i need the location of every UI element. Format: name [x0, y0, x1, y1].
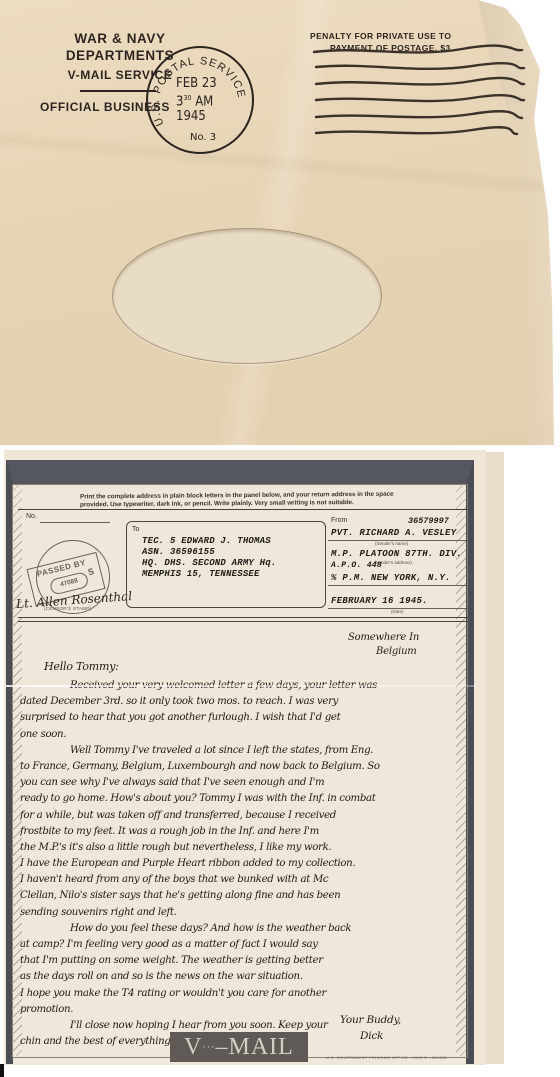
number-label: No.: [26, 513, 37, 520]
body-line: for a while, but was taken off and trans…: [20, 810, 460, 826]
recipient-line: TEC. 5 EDWARD J. THOMAS: [142, 536, 276, 547]
place-line-2: Belgium: [376, 646, 417, 657]
svg-text:No. 3: No. 3: [190, 132, 216, 143]
letter-body: Received your very welcomed letter a few…: [20, 680, 460, 1052]
postmark-datetime: FEB 23 330 AM 1945: [176, 76, 217, 124]
scan-edge: [0, 1064, 4, 1077]
body-line: frostbite to my feet. It was a rough job…: [20, 826, 460, 842]
to-label: To: [132, 526, 139, 533]
body-line: sending souvenirs right and left.: [20, 907, 460, 923]
form-instructions: Print the complete address in plain bloc…: [80, 491, 410, 510]
header-bottom-rule-2: [18, 621, 468, 622]
header-divider: [80, 90, 156, 92]
body-line: Well Tommy I've traveled a lot since I l…: [20, 745, 460, 761]
salutation: Hello Tommy:: [44, 660, 119, 673]
recipient-line: HQ. DHS. SECOND ARMY Hq.: [142, 558, 276, 569]
printing-office-imprint: U.S. GOVERNMENT PRINTING OFFICE : 1943 O…: [326, 1056, 447, 1060]
body-line: How do you feel these days? And how is t…: [20, 923, 460, 939]
body-line: surprised to hear that you got another f…: [20, 712, 460, 728]
body-line: the M.P.'s it's also a little rough but …: [20, 842, 460, 858]
header-bottom-rule: [18, 617, 468, 618]
postmark-stamp-icon: U.S. POSTAL SERVICE No. 3 FEB 23 330 AM …: [146, 46, 254, 154]
body-line: Clellan, Nilo's sister says that he's ge…: [20, 890, 460, 906]
body-line: Received your very welcomed letter a few…: [20, 680, 460, 696]
letter-paper-edge: [486, 452, 504, 1064]
from-label: From: [331, 517, 347, 524]
body-line: dated December 3rd. so it only took two …: [20, 696, 460, 712]
body-line: I hope you make the T4 rating or wouldn'…: [20, 988, 460, 1004]
body-line: I have the European and Purple Heart rib…: [20, 858, 460, 874]
sender-address-line3: % P.M. NEW YORK, N.Y.: [331, 573, 451, 583]
closing: Your Buddy,: [340, 1014, 401, 1026]
sender-name-caption: (Sender's name): [375, 541, 408, 546]
sender-name: PVT. RICHARD A. VESLEY: [331, 528, 456, 538]
body-line: to France, Germany, Belgium, Luxembourgh…: [20, 761, 460, 777]
sender-address-line2: A.P.O. 448: [331, 561, 382, 570]
cancellation-wave-lines-icon: [312, 40, 527, 150]
body-line: ready to go home. How's about you? Tommy…: [20, 793, 460, 809]
sender-address-line1: M.P. PLATOON 87TH. DIV.: [331, 549, 462, 559]
place-line-1: Somewhere In: [348, 632, 419, 643]
envelope-address-window: [112, 228, 382, 364]
number-field-line: [40, 522, 110, 523]
censor-caption: (CENSOR'S STAMP): [44, 606, 91, 611]
letter-date: FEBRUARY 16 1945.: [331, 596, 428, 606]
body-line: at camp? I'm feeling very good as a matt…: [20, 939, 460, 955]
sender-address-rule: [328, 585, 468, 586]
sender-serial-number: 36579997: [408, 516, 449, 526]
body-line: as the days roll on and so is the news o…: [20, 971, 460, 987]
recipient-address: TEC. 5 EDWARD J. THOMAS ASN. 36596155 HQ…: [142, 536, 276, 580]
instructions-rule: [18, 509, 468, 510]
letter-signature: Dick: [360, 1030, 383, 1042]
body-line: one soon.: [20, 729, 460, 745]
paper-fold-crease: [6, 685, 476, 687]
vmail-footer-badge: V···–MAIL: [170, 1032, 308, 1062]
body-line: that I'm putting on some weight. The wea…: [20, 955, 460, 971]
body-line: you can see why I've always said that I'…: [20, 777, 460, 793]
date-caption: (Date): [391, 609, 404, 614]
body-line: I haven't heard from any of the boys tha…: [20, 874, 460, 890]
recipient-line: MEMPHIS 15, TENNESSEE: [142, 569, 276, 580]
recipient-line: ASN. 36596155: [142, 547, 276, 558]
header-war-navy: WAR & NAVY: [40, 30, 200, 47]
